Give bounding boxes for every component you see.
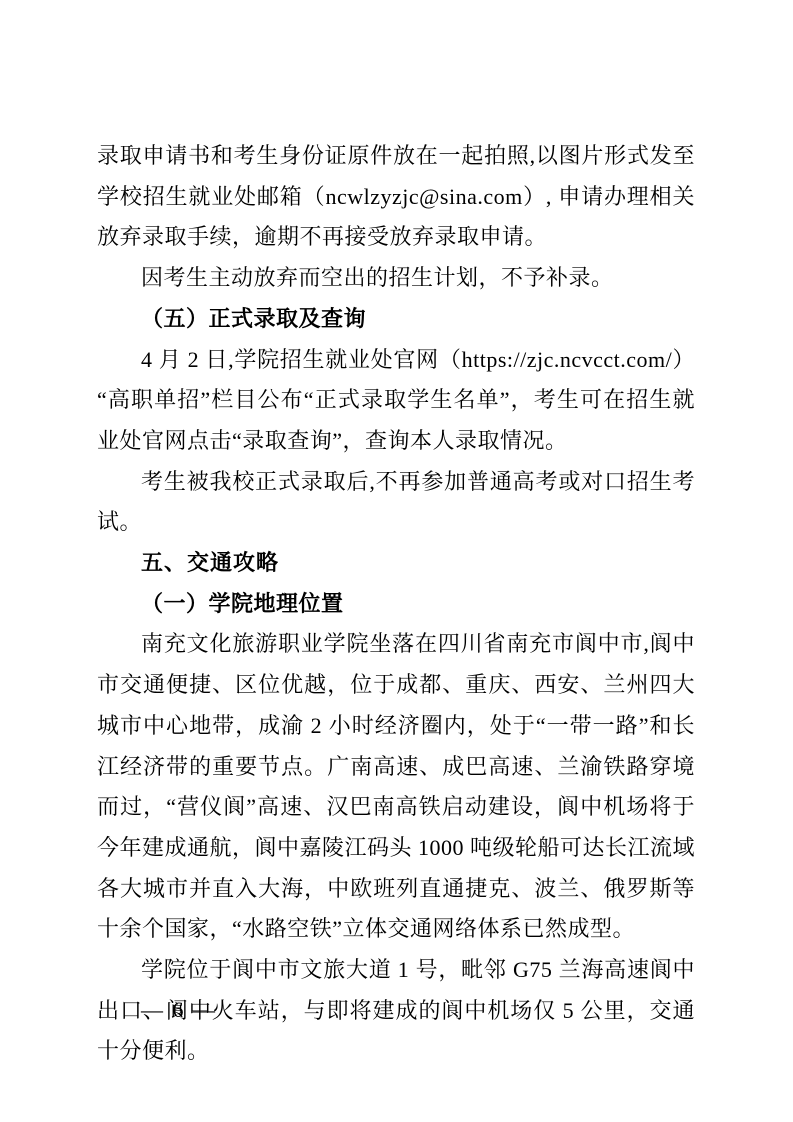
paragraph-no-supplement: 因考生主动放弃而空出的招生计划，不予补录。 <box>97 258 695 299</box>
chapter-heading-transportation: 五、交通攻略 <box>97 543 695 584</box>
paragraph-no-gaokao: 考生被我校正式录取后,不再参加普通高考或对口招生考试。 <box>97 462 695 543</box>
page-number: — 6 — <box>141 996 217 1024</box>
paragraph-abandon-procedure: 录取申请书和考生身份证原件放在一起拍照,以图片形式发至学校招生就业处邮箱（ncw… <box>97 136 695 258</box>
section-heading-location: （一）学院地理位置 <box>97 584 695 625</box>
document-body: 录取申请书和考生身份证原件放在一起拍照,以图片形式发至学校招生就业处邮箱（ncw… <box>97 136 695 1072</box>
section-heading-official-admission: （五）正式录取及查询 <box>97 299 695 340</box>
document-page: 录取申请书和考生身份证原件放在一起拍照,以图片形式发至学校招生就业处邮箱（ncw… <box>0 0 793 1122</box>
paragraph-admission-announcement: 4 月 2 日,学院招生就业处官网（https://zjc.ncvcct.com… <box>97 340 695 462</box>
paragraph-geography: 南充文化旅游职业学院坐落在四川省南充市阆中市,阆中市交通便捷、区位优越，位于成都… <box>97 624 695 950</box>
